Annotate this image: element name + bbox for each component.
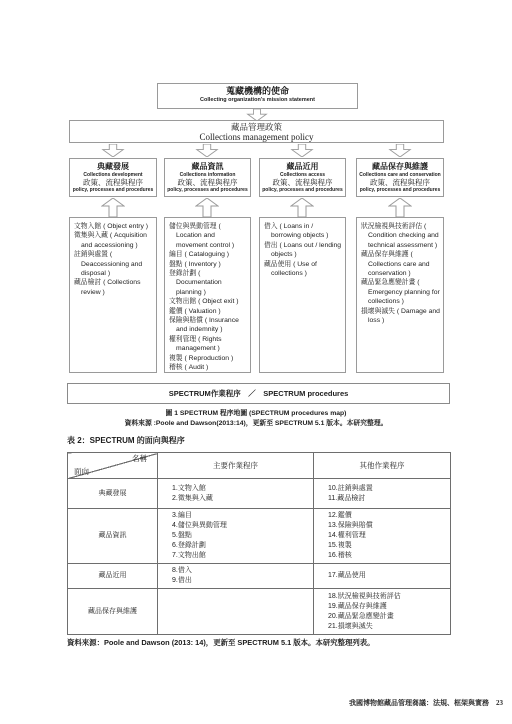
procedures-box-care: 狀況檢視與技術評估 ( Condition checking and techn… bbox=[356, 217, 444, 373]
figure-caption: 圖 1 SPECTRUM 程序地圖 (SPECTRUM procedures m… bbox=[0, 409, 512, 418]
procedure-item: 狀況檢視與技術評估 ( Condition checking and techn… bbox=[361, 222, 440, 250]
mission-en: Collecting organization's mission statem… bbox=[158, 97, 357, 104]
procedures-box-information: 儲位與異動管理 ( Location and movement control … bbox=[164, 217, 251, 373]
procedure-item: 藏品緊急應變計畫 ( Emergency planning for collec… bbox=[361, 278, 440, 306]
header-other-procedures: 其他作業程序 bbox=[314, 453, 451, 479]
aspect-cell: 典藏發展 bbox=[68, 479, 158, 509]
down-arrow-icon bbox=[101, 144, 125, 157]
procedure-item: 徵集與入藏 ( Acquisition and accessioning ) bbox=[74, 231, 153, 250]
aspect-cell: 藏品資訊 bbox=[68, 509, 158, 564]
up-arrow-icon bbox=[290, 198, 314, 217]
procedure-item: 保險與賠償 ( Insurance and indemnity ) bbox=[169, 316, 247, 335]
figure-source: 資料來源 :Poole and Dawson(2013:14)，更新至 SPEC… bbox=[0, 419, 512, 428]
main-procedures-cell: 3.編目 4.儲位與異動管理 5.盤點 6.登錄計劃 7.文物出館 bbox=[158, 509, 314, 564]
aspect-cell: 藏品保存與維護 bbox=[68, 589, 158, 635]
policy-en: Collections management policy bbox=[70, 132, 443, 143]
mission-statement-box: 蒐藏機構的使命 Collecting organization's missio… bbox=[157, 83, 358, 109]
category-zh: 藏品資訊 bbox=[165, 162, 250, 172]
up-arrow-icon bbox=[195, 198, 219, 217]
procedure-item: 損壞與滅失 ( Damage and loss ) bbox=[361, 307, 440, 326]
procedure-item: 稽核 ( Audit ) bbox=[169, 363, 247, 372]
procedures-box-access: 借入 ( Loans in / borrowing objects ) 借出 (… bbox=[259, 217, 346, 373]
up-arrow-icon bbox=[101, 198, 125, 217]
category-en2: policy, processes and procedures bbox=[165, 187, 250, 193]
procedure-item: 複製 ( Reproduction ) bbox=[169, 354, 247, 363]
mission-zh: 蒐藏機構的使命 bbox=[158, 86, 357, 97]
category-en: Collections care and conservation bbox=[357, 172, 443, 178]
down-arrow-icon bbox=[195, 144, 219, 157]
collections-management-policy-box: 藏品管理政策 Collections management policy bbox=[69, 120, 444, 143]
table-title: 表 2：SPECTRUM 的面向與程序 bbox=[67, 435, 185, 446]
category-box-collections-access: 藏品近用 Collections access 政策、流程與程序 policy,… bbox=[259, 158, 346, 197]
spectrum-aspects-table: 名稱 面向 主要作業程序 其他作業程序 典藏發展 1.文物入館 2.徵集與入藏 … bbox=[67, 452, 451, 635]
procedure-item: 借出 ( Loans out / lending objects ) bbox=[264, 241, 342, 260]
category-zh: 藏品近用 bbox=[260, 162, 345, 172]
main-procedures-cell bbox=[158, 589, 314, 635]
table-row: 藏品資訊 3.編目 4.儲位與異動管理 5.盤點 6.登錄計劃 7.文物出館 1… bbox=[68, 509, 451, 564]
category-en2: policy, processes and procedures bbox=[70, 187, 156, 193]
procedure-item: 登錄計劃 ( Documentation planning ) bbox=[169, 269, 247, 297]
procedure-item: 鑑價 ( Valuation ) bbox=[169, 307, 247, 316]
table-header-row: 名稱 面向 主要作業程序 其他作業程序 bbox=[68, 453, 451, 479]
down-arrow-icon bbox=[388, 144, 412, 157]
other-procedures-cell: 12.鑑價 13.保險與賠償 14.權利管理 15.複製 16.稽核 bbox=[314, 509, 451, 564]
category-zh2: 政策、流程與程序 bbox=[165, 178, 250, 188]
up-arrow-icon bbox=[388, 198, 412, 217]
category-zh: 典藏發展 bbox=[70, 162, 156, 172]
procedure-item: 藏品檢討 ( Collections review ) bbox=[74, 278, 153, 297]
header-main-procedures: 主要作業程序 bbox=[158, 453, 314, 479]
category-box-collections-information: 藏品資訊 Collections information 政策、流程與程序 po… bbox=[164, 158, 251, 197]
main-procedures-cell: 1.文物入館 2.徵集與入藏 bbox=[158, 479, 314, 509]
table-row: 藏品近用 8.借入 9.借出 17.藏品使用 bbox=[68, 564, 451, 589]
category-en2: policy, processes and procedures bbox=[357, 187, 443, 193]
procedure-item: 盤點 ( Inventory ) bbox=[169, 260, 247, 269]
category-box-collections-care: 藏品保存與維護 Collections care and conservatio… bbox=[356, 158, 444, 197]
procedure-item: 儲位與異動管理 ( Location and movement control … bbox=[169, 222, 247, 250]
down-arrow-icon bbox=[290, 144, 314, 157]
procedure-item: 藏品保存與維護 ( Collections care and conservat… bbox=[361, 250, 440, 278]
corner-label-name: 名稱 bbox=[132, 454, 147, 464]
table-row: 典藏發展 1.文物入館 2.徵集與入藏 10.註銷與處置 11.藏品檢討 bbox=[68, 479, 451, 509]
other-procedures-cell: 18.狀況檢視與技術評估 19.藏品保存與維護 20.藏品緊急應變計畫 21.損… bbox=[314, 589, 451, 635]
spectrum-procedures-bar: SPECTRUM作業程序 ／ SPECTRUM procedures bbox=[67, 383, 450, 404]
procedures-box-development: 文物入館 ( Object entry ) 徵集與入藏 ( Acquisitio… bbox=[69, 217, 157, 373]
table-source-note: 資料來源：Poole and Dawson (2013: 14)，更新至 SPE… bbox=[67, 637, 375, 648]
procedure-item: 權利管理 ( Rights management ) bbox=[169, 335, 247, 354]
procedure-item: 文物出館 ( Object exit ) bbox=[169, 297, 247, 306]
procedure-item: 借入 ( Loans in / borrowing objects ) bbox=[264, 222, 342, 241]
category-zh2: 政策、流程與程序 bbox=[260, 178, 345, 188]
aspect-cell: 藏品近用 bbox=[68, 564, 158, 589]
procedure-item: 註銷與處置 ( Deaccessioning and disposal ) bbox=[74, 250, 153, 278]
other-procedures-cell: 10.註銷與處置 11.藏品檢討 bbox=[314, 479, 451, 509]
table-row: 藏品保存與維護 18.狀況檢視與技術評估 19.藏品保存與維護 20.藏品緊急應… bbox=[68, 589, 451, 635]
category-zh2: 政策、流程與程序 bbox=[357, 178, 443, 188]
corner-label-aspect: 面向 bbox=[74, 467, 89, 477]
header-corner-cell: 名稱 面向 bbox=[68, 453, 158, 479]
page-footer-running-title: 我國博物館藏品管理芻議：法規、框架與實務 23 bbox=[0, 698, 503, 708]
category-zh: 藏品保存與維護 bbox=[357, 162, 443, 172]
main-procedures-cell: 8.借入 9.借出 bbox=[158, 564, 314, 589]
other-procedures-cell: 17.藏品使用 bbox=[314, 564, 451, 589]
category-zh2: 政策、流程與程序 bbox=[70, 178, 156, 188]
procedure-item: 藏品使用 ( Use of collections ) bbox=[264, 260, 342, 279]
policy-zh: 藏品管理政策 bbox=[70, 122, 443, 132]
category-box-collections-development: 典藏發展 Collections development 政策、流程與程序 po… bbox=[69, 158, 157, 197]
category-en2: policy, processes and procedures bbox=[260, 187, 345, 193]
procedure-item: 文物入館 ( Object entry ) bbox=[74, 222, 153, 231]
procedure-item: 編目 ( Cataloguing ) bbox=[169, 250, 247, 259]
